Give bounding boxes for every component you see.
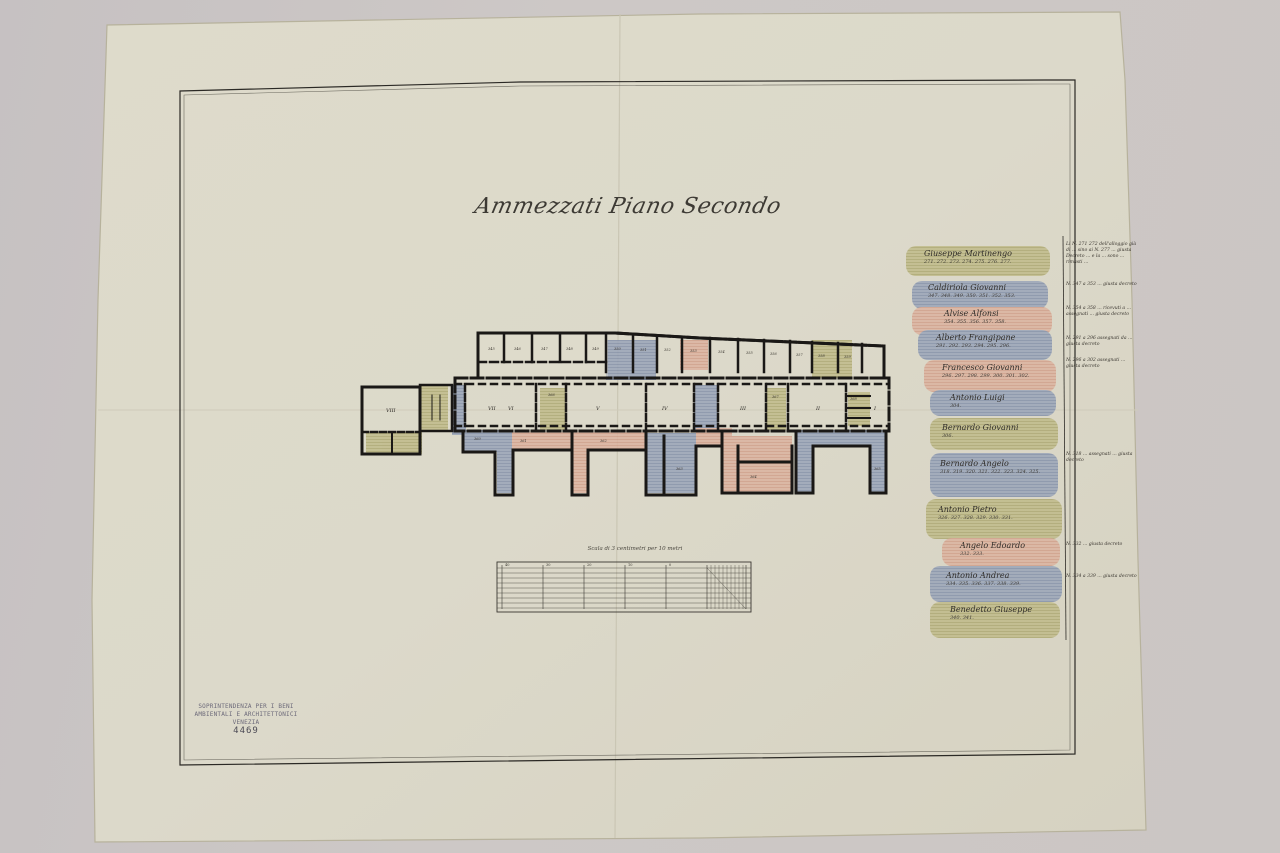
svg-text:354: 354 [718,350,725,354]
svg-text:360: 360 [474,437,481,441]
legend-entry: Alberto Frangipane291. 292. 293. 294. 29… [936,334,1015,350]
legend-entry: Angelo Edoardo332. 333. [960,542,1025,558]
svg-text:20: 20 [587,563,591,567]
svg-text:361: 361 [520,439,527,443]
drawing-title: Ammezzati Piano Secondo [472,194,787,219]
svg-text:10: 10 [628,563,632,567]
svg-text:0: 0 [669,563,671,567]
svg-text:VII: VII [488,406,497,412]
svg-text:355: 355 [746,351,753,355]
svg-text:346: 346 [514,347,521,351]
legend-entry: Caldiriola Giovanni347. 348. 349. 350. 3… [928,284,1015,300]
svg-text:351: 351 [640,348,647,352]
legend-entry: Antonio Andrea334. 335. 336. 337. 338. 3… [946,572,1021,588]
scale-caption: Scala di 3 centimetri per 10 metri [560,546,710,552]
legend-entry: Antonio Pietro326. 327. 328. 329. 330. 3… [938,506,1013,522]
legend-entry: Benedetto Giuseppe340. 341. [950,606,1032,622]
svg-text:40: 40 [505,563,509,567]
inventory-number: 4469 [186,727,306,735]
svg-text:358: 358 [818,354,825,358]
legend-entry: Antonio Luigi304. [950,394,1005,410]
margin-note: N. 296 a 302 assegnati ... giusta decret… [1066,358,1138,370]
margin-note: Li N. 271 272 dell'alloggio già di ... s… [1066,242,1138,266]
svg-text:348: 348 [566,347,573,351]
svg-text:349: 349 [592,347,599,351]
margin-note: N. 334 a 339 ... giusta decreto [1066,574,1138,580]
svg-text:367: 367 [772,395,779,399]
svg-text:III: III [739,406,747,412]
margin-note: N. 347 a 353 ... giusta decreto [1066,282,1138,288]
svg-text:350: 350 [614,347,621,351]
margin-note: N. 291 a 296 assegnati da ... giusta dec… [1066,336,1138,348]
legend-entry: Bernardo Giovanni306. [942,424,1019,440]
svg-text:357: 357 [796,353,803,357]
svg-text:363: 363 [676,467,683,471]
legend-entry: Francesco Giovanni296. 297. 298. 299. 30… [942,364,1029,380]
svg-text:359: 359 [844,355,851,359]
svg-text:364: 364 [750,475,757,479]
archive-stamp: SOPRINTENDENZA PER I BENI AMBIENTALI E A… [186,703,306,735]
svg-text:352: 352 [664,348,671,352]
svg-text:366: 366 [548,393,555,397]
margin-note: N. 332 ... giusta decreto [1066,542,1138,548]
svg-text:VIII: VIII [386,408,397,414]
svg-text:365: 365 [874,467,881,471]
margin-note: N. 354 a 358 ... ricevuti a ... assegnat… [1066,306,1138,318]
svg-text:345: 345 [488,347,495,351]
stamp-line-2: AMBIENTALI E ARCHITETTONICI [186,711,306,719]
svg-text:362: 362 [600,439,607,443]
margin-note: N. 318 ... assegnati ... giusta decreto [1066,452,1138,464]
legend-entry: Giuseppe Martinengo271. 272. 273. 274. 2… [924,250,1012,266]
legend-entry: Bernardo Angelo318. 319. 320. 321. 322. … [940,460,1040,476]
svg-text:353: 353 [690,349,697,353]
svg-text:368: 368 [850,397,857,401]
legend-entry: Alvise Alfonsi354. 355. 356. 357. 358. [944,310,1006,326]
svg-text:30: 30 [546,563,550,567]
stamp-line-1: SOPRINTENDENZA PER I BENI [186,703,306,711]
svg-text:356: 356 [770,352,777,356]
svg-text:347: 347 [541,347,548,351]
